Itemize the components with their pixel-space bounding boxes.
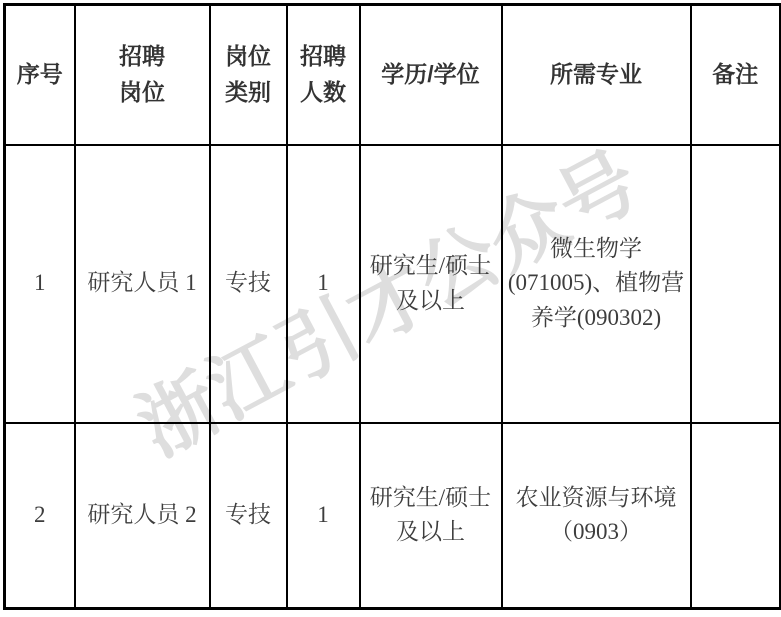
- cell-remarks: [691, 423, 781, 609]
- cell-education-degree: 研究生/硕士 及以上: [360, 423, 502, 609]
- cell-recruitment-count: 1: [287, 423, 360, 609]
- cell-education-degree: 研究生/硕士 及以上: [360, 145, 502, 423]
- cell-serial-number: 1: [5, 145, 75, 423]
- header-required-major: 所需专业: [502, 5, 691, 145]
- cell-remarks: [691, 145, 781, 423]
- cell-position-category: 专技: [210, 145, 287, 423]
- recruitment-positions-table: 序号 招聘 岗位 岗位 类别 招聘 人数 学历/学位 所需专业 备注 1 研究人…: [3, 3, 781, 610]
- cell-serial-number: 2: [5, 423, 75, 609]
- header-recruitment-position: 招聘 岗位: [75, 5, 210, 145]
- cell-position-category: 专技: [210, 423, 287, 609]
- header-position-category: 岗位 类别: [210, 5, 287, 145]
- cell-recruitment-count: 1: [287, 145, 360, 423]
- cell-required-major: 农业资源与环境 （0903）: [502, 423, 691, 609]
- table-row: 1 研究人员 1 专技 1 研究生/硕士 及以上 微生物学 (071005)、植…: [5, 145, 781, 423]
- header-education-degree: 学历/学位: [360, 5, 502, 145]
- header-recruitment-count: 招聘 人数: [287, 5, 360, 145]
- header-serial-number: 序号: [5, 5, 75, 145]
- page: 浙江引才公众号 序号 招聘 岗位 岗位 类别 招聘 人数 学历/学位 所需专业 …: [0, 0, 781, 617]
- header-remarks: 备注: [691, 5, 781, 145]
- cell-recruitment-position: 研究人员 2: [75, 423, 210, 609]
- cell-required-major: 微生物学 (071005)、植物营 养学(090302): [502, 145, 691, 423]
- table-header-row: 序号 招聘 岗位 岗位 类别 招聘 人数 学历/学位 所需专业 备注: [5, 5, 781, 145]
- cell-recruitment-position: 研究人员 1: [75, 145, 210, 423]
- table-row: 2 研究人员 2 专技 1 研究生/硕士 及以上 农业资源与环境 （0903）: [5, 423, 781, 609]
